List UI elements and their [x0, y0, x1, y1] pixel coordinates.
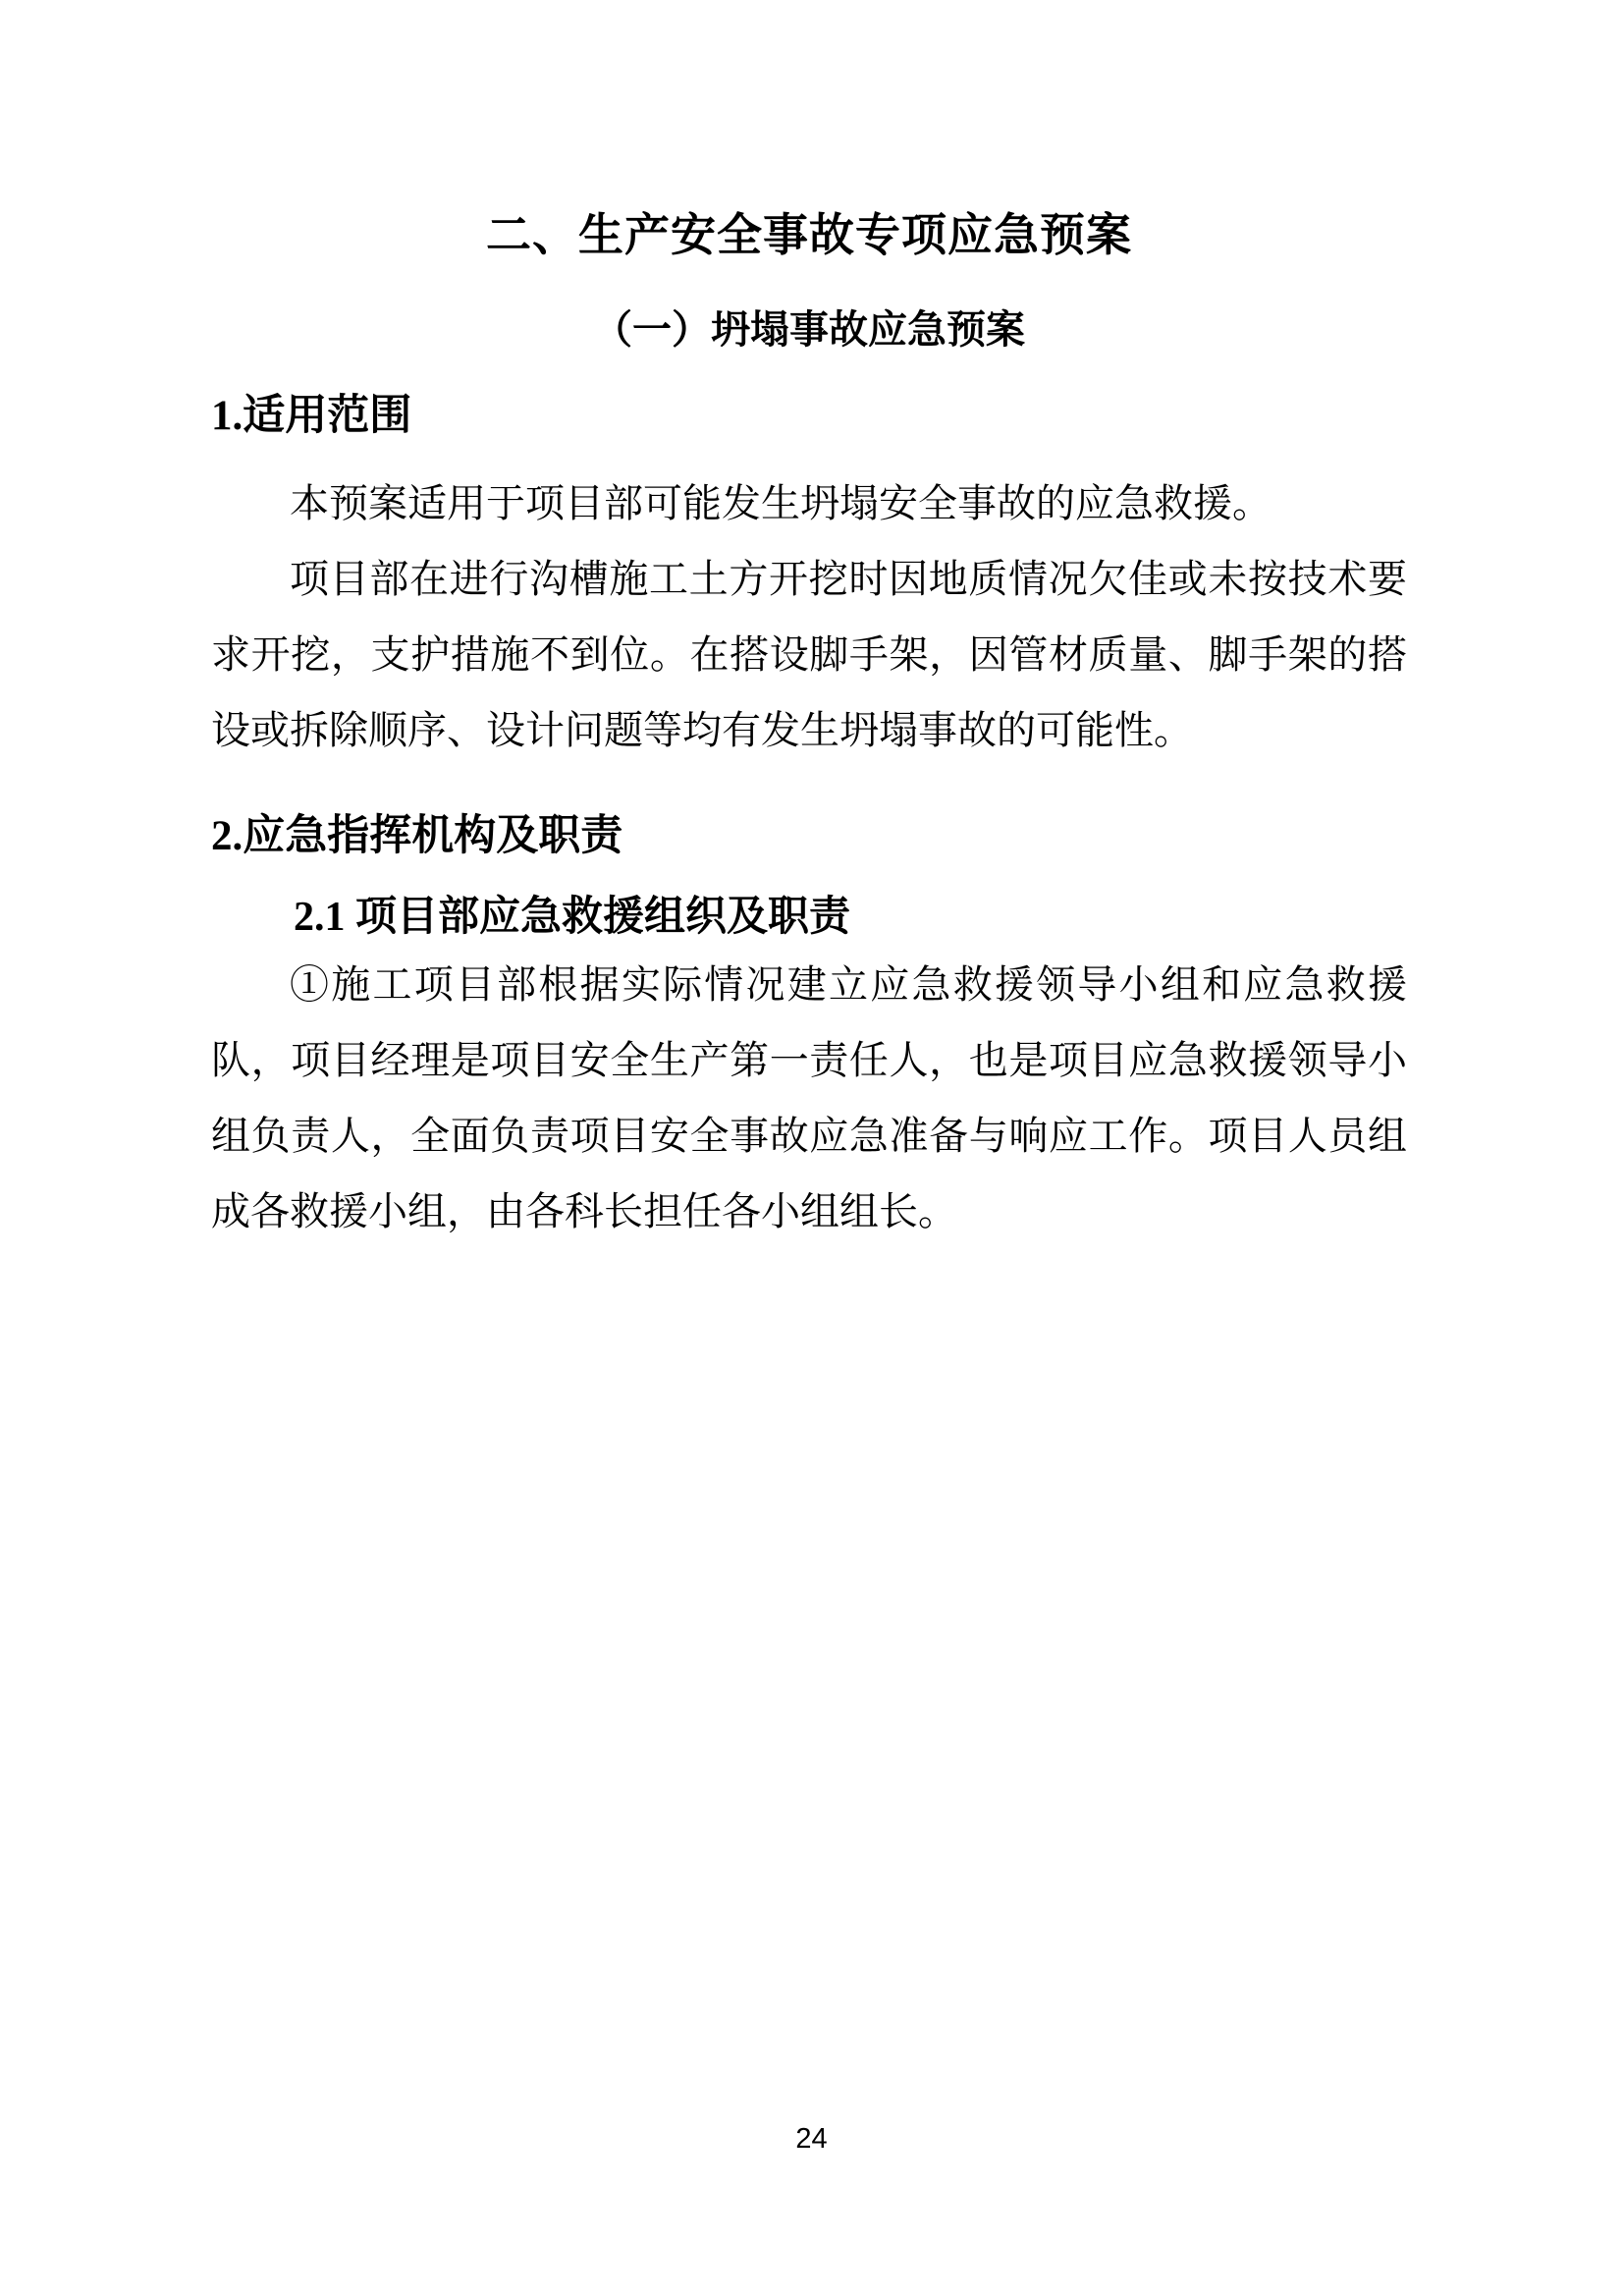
page-number: 24	[0, 2121, 1623, 2157]
section-2-paragraph-1: ①施工项目部根据实际情况建立应急救援领导小组和应急救援队，项目经理是项目安全生产…	[211, 947, 1407, 1249]
section-1-heading: 1.适用范围	[211, 387, 1407, 446]
section-1-paragraph-1: 本预案适用于项目部可能发生坍塌安全事故的应急救援。	[211, 465, 1407, 541]
document-title: 二、生产安全事故专项应急预案	[211, 206, 1407, 265]
document-body: 二、生产安全事故专项应急预案 （一）坍塌事故应急预案 1.适用范围 本预案适用于…	[211, 0, 1407, 1249]
section-1-paragraph-2: 项目部在进行沟槽施工土方开挖时因地质情况欠佳或未按技术要求开挖，支护措施不到位。…	[211, 541, 1407, 768]
document-page: 二、生产安全事故专项应急预案 （一）坍塌事故应急预案 1.适用范围 本预案适用于…	[0, 0, 1623, 2296]
section-2-subheading: 2.1 项目部应急救援组织及职责	[294, 888, 1407, 947]
document-subtitle: （一）坍塌事故应急预案	[211, 302, 1407, 357]
section-2-heading: 2.应急指挥机构及职责	[211, 807, 1407, 866]
